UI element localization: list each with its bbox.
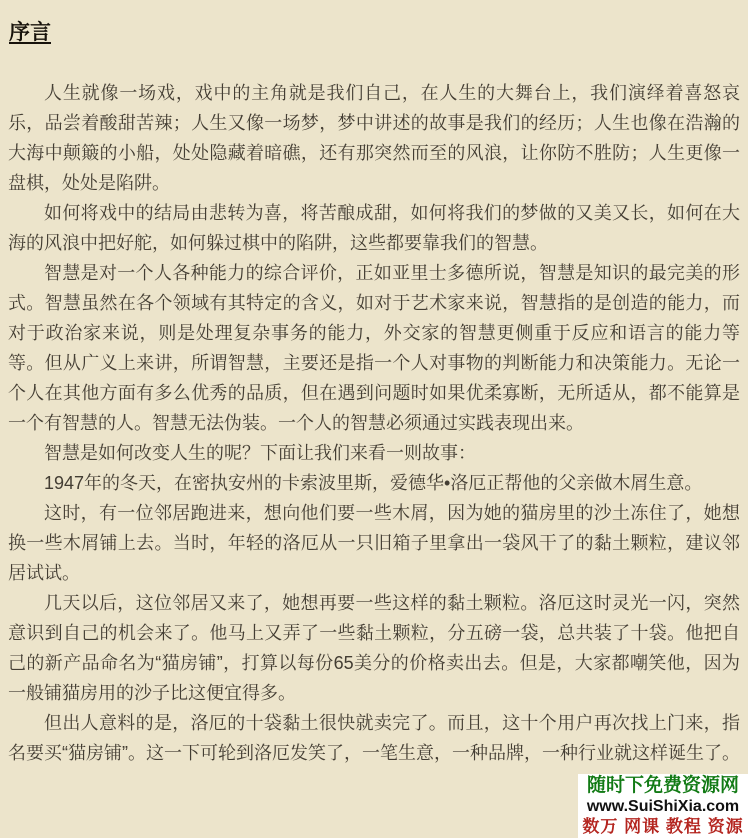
preface-paragraph-5: 1947年的冬天，在密执安州的卡索波里斯，爱德华•洛厄正帮他的父亲做木屑生意。 — [8, 468, 740, 498]
page-title: 序言 — [0, 0, 51, 46]
watermark-badge: 随时下免费资源网 www.SuiShiXia.com 数万 网课 教程 资源 — [578, 774, 748, 838]
preface-paragraph-7: 几天以后，这位邻居又来了，她想再要一些这样的黏土颗粒。洛厄这时灵光一闪，突然意识… — [8, 588, 740, 708]
watermark-url: www.SuiShiXia.com — [578, 797, 748, 816]
preface-paragraph-8: 但出人意料的是，洛厄的十袋黏土很快就卖完了。而且，这十个用户再次找上门来，指名要… — [8, 708, 740, 768]
preface-paragraph-4: 智慧是如何改变人生的呢？下面让我们来看一则故事： — [8, 438, 740, 468]
preface-paragraph-6: 这时，有一位邻居跑进来，想向他们要一些木屑，因为她的猫房里的沙土冻住了，她想换一… — [8, 498, 740, 588]
watermark-site-name: 随时下免费资源网 — [578, 775, 748, 797]
document-body: 人生就像一场戏，戏中的主角就是我们自己，在人生的大舞台上，我们演绎着喜怒哀乐，品… — [0, 78, 748, 768]
watermark-tagline: 数万 网课 教程 资源 — [578, 816, 748, 837]
document-page: 序言 人生就像一场戏，戏中的主角就是我们自己，在人生的大舞台上，我们演绎着喜怒哀… — [0, 0, 748, 838]
preface-paragraph-1: 人生就像一场戏，戏中的主角就是我们自己，在人生的大舞台上，我们演绎着喜怒哀乐，品… — [8, 78, 740, 198]
preface-paragraph-3: 智慧是对一个人各种能力的综合评价，正如亚里士多德所说，智慧是知识的最完美的形式。… — [8, 258, 740, 438]
preface-paragraph-2: 如何将戏中的结局由悲转为喜，将苦酿成甜，如何将我们的梦做的又美又长，如何在大海的… — [8, 198, 740, 258]
